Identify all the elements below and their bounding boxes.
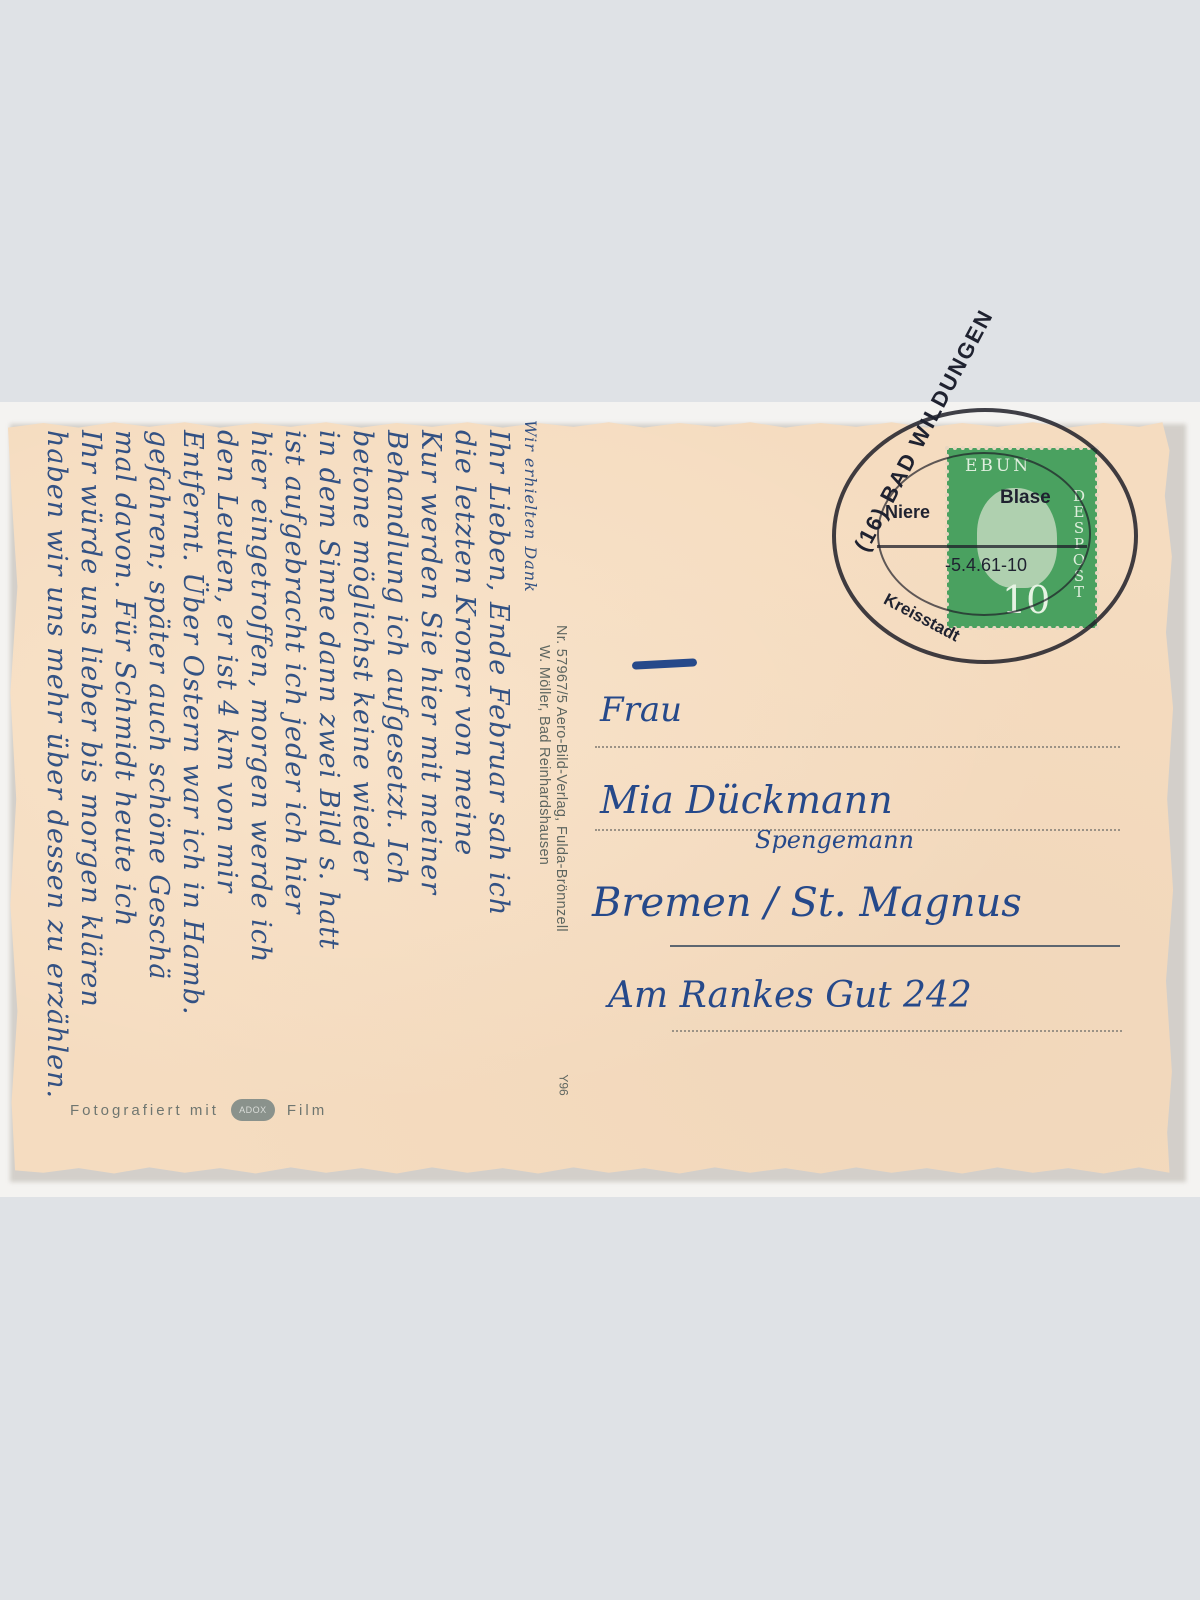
message-line: ist aufgebracht ich jeder ich hier (279, 430, 310, 914)
address-name: Mia Dückmann (600, 778, 893, 822)
imprint-line-1: Nr. 57967/5 Aero-Bild-Verlag, Fulda-Brön… (552, 625, 569, 1095)
film-suffix: Film (287, 1102, 327, 1119)
message-line: Behandlung ich aufgesetzt. Ich (381, 430, 412, 886)
address-street: Am Rankes Gut 242 (608, 975, 972, 1016)
film-prefix: Fotografiert mit (70, 1102, 219, 1119)
message-line: Ihr würde uns lieber bis morgen klären (75, 430, 106, 1008)
postmark-bar (877, 545, 1087, 548)
postmark-middle-right: Blase (1000, 487, 1051, 509)
address-line-3 (670, 945, 1120, 947)
message-line: mal davon. Für Schmidt heute ich (109, 430, 140, 927)
message-line: Kur werden Sie hier mit meiner (415, 430, 446, 895)
address-city: Bremen / St. Magnus (592, 880, 1022, 926)
imprint-code: Y96 (557, 1074, 571, 1095)
message-line: haben wir uns mehr über dessen zu erzähl… (41, 430, 72, 1099)
message-line: die letzten Kroner von meine (449, 430, 480, 856)
message-line: in dem Sinne dann zwei Bild s. hatt (313, 430, 344, 950)
message-line: betone möglichst keine wieder (347, 430, 378, 880)
handwritten-message: Wir erhielten Dank Ihr Lieben, Ende Febr… (22, 430, 542, 1150)
publisher-imprint: Nr. 57967/5 Aero-Bild-Verlag, Fulda-Brön… (509, 625, 569, 1095)
adox-logo-icon: ADOX (231, 1099, 275, 1121)
film-imprint: Fotografiert mit ADOX Film (70, 1099, 327, 1121)
address-salutation: Frau (600, 690, 682, 730)
address-name-note: Spengemann (755, 826, 914, 854)
postmark-middle-left: Niere (885, 502, 930, 523)
message-line: hier eingetroffen, morgen werde ich (245, 430, 276, 963)
address-line-1 (595, 746, 1120, 748)
message-line: Entfernt. Über Ostern war ich in Hamb. (177, 430, 208, 1016)
message-line: gefahren; später auch schöne Geschä (143, 430, 174, 980)
message-line: Wir erhielten Dank (521, 420, 540, 593)
postmark-date: -5.4.61-10 (945, 555, 1027, 576)
imprint-line-2: W. Möller, Bad Reinhardshausen (535, 625, 552, 1095)
address-line-4 (672, 1030, 1122, 1032)
message-line: den Leuten, er ist 4 km von mir (211, 430, 242, 893)
